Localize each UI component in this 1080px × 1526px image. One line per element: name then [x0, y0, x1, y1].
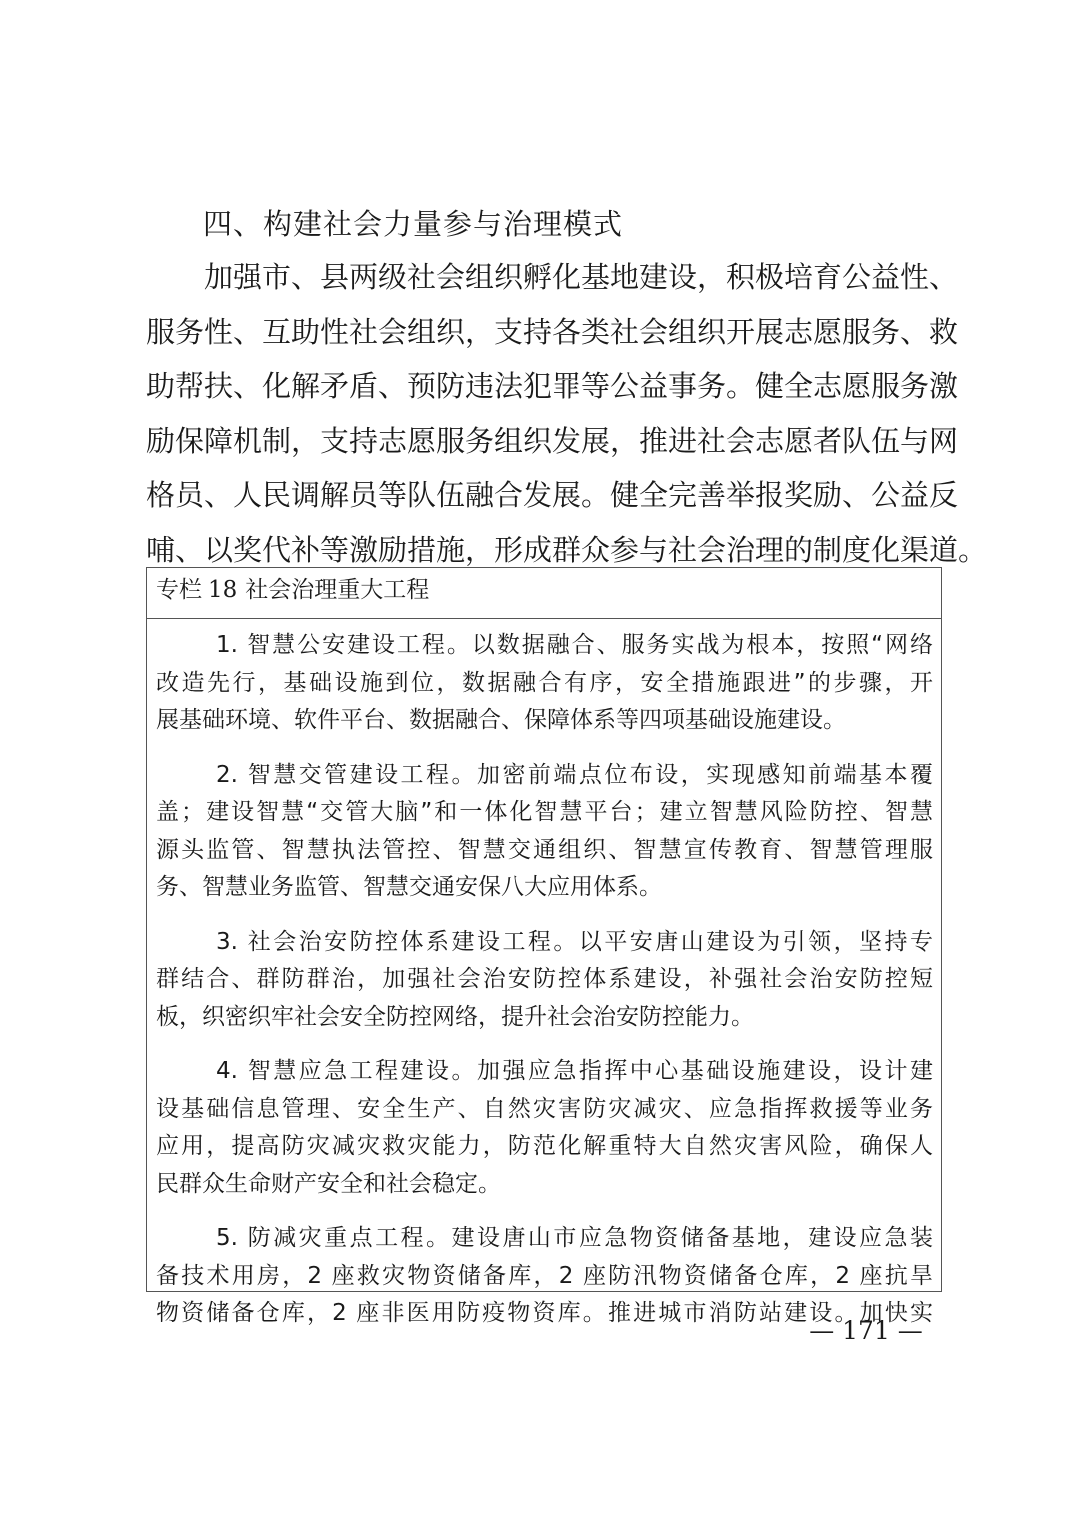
- item-line: 5. 防减灾重点工程。建设唐山市应急物资储备基地，建设应急装: [156, 1220, 933, 1258]
- project-item: 3. 社会治安防控体系建设工程。以平安唐山建设为引领，坚持专 群结合、群防群治，…: [156, 924, 933, 1037]
- paragraph-line: 加强市、县两级社会组织孵化基地建设，积极培育公益性、: [146, 250, 946, 305]
- special-column-box: 专栏18社会治理重大工程 1. 智慧公安建设工程。以数据融合、服务实战为根本，按…: [146, 567, 942, 1292]
- paragraph-line: 助帮扶、化解矛盾、预防违法犯罪等公益事务。健全志愿服务激: [146, 359, 946, 414]
- document-page: 四、构建社会力量参与治理模式 加强市、县两级社会组织孵化基地建设，积极培育公益性…: [0, 0, 1080, 1526]
- item-line: 民群众生命财产安全和社会稳定。: [156, 1166, 933, 1204]
- column-box-body: 1. 智慧公安建设工程。以数据融合、服务实战为根本，按照“网络 改造先行，基础设…: [147, 619, 941, 1333]
- item-line: 4. 智慧应急工程建设。加强应急指挥中心基础设施建设，设计建: [156, 1053, 933, 1091]
- paragraph-line: 格员、人民调解员等队伍融合发展。健全完善举报奖励、公益反: [146, 468, 946, 523]
- item-line: 展基础环境、软件平台、数据融合、保障体系等四项基础设施建设。: [156, 702, 933, 740]
- section-heading: 四、构建社会力量参与治理模式: [203, 200, 623, 248]
- column-label: 专栏: [156, 577, 202, 603]
- item-line: 盖；建设智慧“交管大脑”和一体化智慧平台；建立智慧风险防控、智慧: [156, 794, 933, 832]
- column-title: 社会治理重大工程: [245, 577, 429, 603]
- item-line: 群结合、群防群治，加强社会治安防控体系建设，补强社会治安防控短: [156, 961, 933, 999]
- item-line: 改造先行，基础设施到位，数据融合有序，安全措施跟进”的步骤，开: [156, 665, 933, 703]
- item-line: 备技术用房，2 座救灾物资储备库，2 座防汛物资储备仓库，2 座抗旱: [156, 1258, 933, 1296]
- project-item: 2. 智慧交管建设工程。加密前端点位布设，实现感知前端基本覆 盖；建设智慧“交管…: [156, 757, 933, 907]
- item-line: 源头监管、智慧执法管控、智慧交通组织、智慧宣传教育、智慧管理服: [156, 832, 933, 870]
- column-number: 18: [208, 577, 237, 603]
- page-number: — 171 —: [806, 1313, 926, 1349]
- item-line: 应用，提高防灾减灾救灾能力，防范化解重特大自然灾害风险，确保人: [156, 1128, 933, 1166]
- paragraph-line: 服务性、互助性社会组织，支持各类社会组织开展志愿服务、救: [146, 305, 946, 360]
- item-line: 1. 智慧公安建设工程。以数据融合、服务实战为根本，按照“网络: [156, 627, 933, 665]
- item-line: 3. 社会治安防控体系建设工程。以平安唐山建设为引领，坚持专: [156, 924, 933, 962]
- item-line: 板，织密织牢社会安全防控网络，提升社会治安防控能力。: [156, 999, 933, 1037]
- paragraph-line: 励保障机制，支持志愿服务组织发展，推进社会志愿者队伍与网: [146, 414, 946, 469]
- item-line: 设基础信息管理、安全生产、自然灾害防灾减灾、应急指挥救援等业务: [156, 1091, 933, 1129]
- item-line: 务、智慧业务监管、智慧交通安保八大应用体系。: [156, 869, 933, 907]
- body-paragraph: 加强市、县两级社会组织孵化基地建设，积极培育公益性、 服务性、互助性社会组织，支…: [146, 250, 946, 577]
- project-item: 4. 智慧应急工程建设。加强应急指挥中心基础设施建设，设计建 设基础信息管理、安…: [156, 1053, 933, 1203]
- column-box-header: 专栏18社会治理重大工程: [147, 568, 941, 619]
- item-line: 2. 智慧交管建设工程。加密前端点位布设，实现感知前端基本覆: [156, 757, 933, 795]
- project-item: 1. 智慧公安建设工程。以数据融合、服务实战为根本，按照“网络 改造先行，基础设…: [156, 627, 933, 740]
